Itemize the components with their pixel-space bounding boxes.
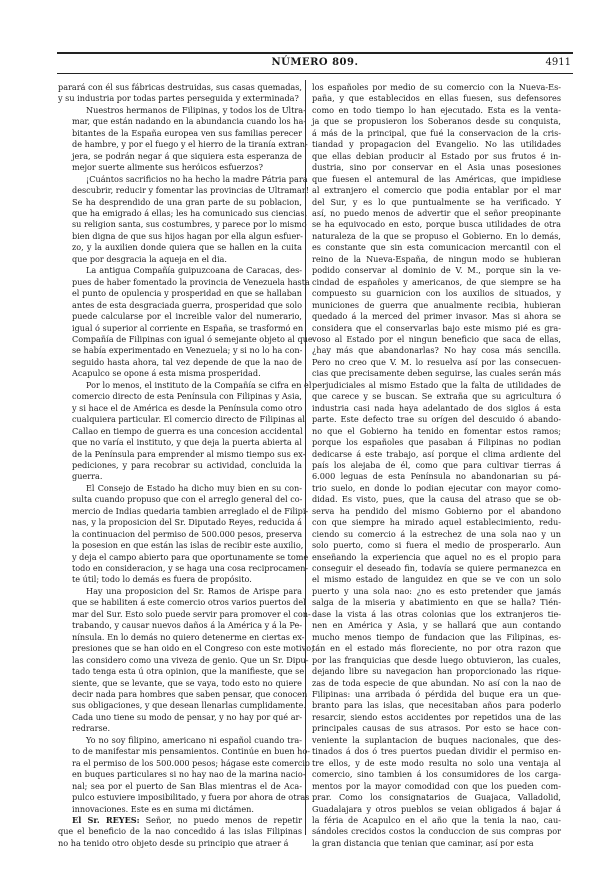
text-line: didad. Es visto, pues, que la causa del … <box>312 494 561 505</box>
paragraph: Yo no soy filipino, americano ni español… <box>58 735 302 815</box>
text-line: y si hace el de América es desde la Pení… <box>58 403 302 414</box>
text-line: así, no puedo menos de advertir que el s… <box>312 208 561 219</box>
text-line: que carece y se buscan. Se extraña que s… <box>312 391 561 402</box>
text-line: pediciones, y para recobrar su actividad… <box>58 460 302 471</box>
text-line: pues de haber fomentado la provincia de … <box>58 277 302 288</box>
text-line: industria casi nada haya adelantado de d… <box>312 403 561 414</box>
text-line: resarcir, siendo estos accidentes por re… <box>312 712 561 723</box>
text-line: cualquiera particular. El comercio direc… <box>58 414 302 425</box>
text-line: nen en América y Asia, y se hallará que … <box>312 620 561 631</box>
text-line: Filipinas: una arribada ó pérdida del bu… <box>312 689 561 700</box>
text-line: Compañía de Filipinas con igual ó semeja… <box>58 334 302 345</box>
text-line: nal; sea por el puerto de San Blas mient… <box>58 781 302 792</box>
text-line: sus obligaciones, y que desean llenarlas… <box>58 700 302 711</box>
text-line: La antigua Compañía guipuzcoana de Carac… <box>58 265 302 276</box>
paragraph: parará con él sus fábricas destruidas, s… <box>58 82 302 105</box>
text-line: tán en el estado más floreciente, no por… <box>312 643 561 654</box>
text-line: la posesion en que están las islas de re… <box>58 540 302 551</box>
text-line: nas, y la proposicion del Sr. Diputado R… <box>58 517 302 528</box>
text-line: descubrir, reducir y fomentar las provin… <box>58 185 302 196</box>
text-line: Cada uno tiene su modo de pensar, y no h… <box>58 712 302 723</box>
speaker-name: El Sr. REYES: <box>72 815 140 825</box>
text-line: bitantes de la España europea ven sus fa… <box>58 128 302 139</box>
text-line: nínsula. En lo demás no quiero detenerme… <box>58 632 302 643</box>
text-line: todo en consideracion, y se haga una cos… <box>58 563 302 574</box>
speech-paragraph: El Sr. REYES: Señor, no puedo menos de r… <box>58 815 302 849</box>
text-line: seguido hasta ahora, tal vez depende de … <box>58 357 302 368</box>
page-header: NÚMERO 809. 4911 <box>57 55 573 72</box>
header-bottom-rule <box>57 73 573 74</box>
text-line: en buques particulares si no hay nao de … <box>58 769 302 780</box>
text-line: puerto y una sola nao: ¿no es esto prete… <box>312 586 561 597</box>
left-column: parará con él sus fábricas destruidas, s… <box>58 82 302 849</box>
text-line: salga de la miseria y abatimiento en que… <box>312 597 561 608</box>
text-line: con que siempre ha mirado aquel establec… <box>312 517 561 528</box>
text-line: del Sur, y es lo que puntualmente se ha … <box>312 197 561 208</box>
text-line: mar, que están nadando en la abundancia … <box>58 116 302 127</box>
text-line: presiones que se han oido en el Congreso… <box>58 643 302 654</box>
text-line: Yo no soy filipino, americano ni español… <box>58 735 302 746</box>
text-line: veniente la suplantacion de buques nacio… <box>312 735 561 746</box>
text-line: la féria de Acapulco en el año que la te… <box>312 815 561 826</box>
text-line: y su industria por todas partes persegui… <box>58 93 302 104</box>
text-line: perjudiciales al mismo Estado que la fal… <box>312 380 561 391</box>
page-number: 4911 <box>546 57 571 68</box>
text-line: antes de esta desgraciada guerra, prospe… <box>58 300 302 311</box>
text-line: conseguir el deseado fin, todavía se qui… <box>312 563 561 574</box>
text-line: que no varía el instituto, y que deja la… <box>58 437 302 448</box>
text-line: igual ó superior al corriente en España,… <box>58 323 302 334</box>
text-line: ¡Cuántos sacrificios no ha hecho la madr… <box>58 174 302 185</box>
text-line: ciendo su comercio á la estrechez de una… <box>312 529 561 540</box>
text-line: tiandad y propagacion del Evangelio. No … <box>312 139 561 150</box>
text-line: á más de la principal, que fué la conser… <box>312 128 561 139</box>
text-line: Se ha desprendido de una gran parte de s… <box>58 197 302 208</box>
text-line: los españoles por medio de su comercio c… <box>312 82 561 93</box>
text-line: el punto de opulencia y prosperidad en q… <box>58 288 302 299</box>
text-line: al extranjero el comercio que podia enta… <box>312 185 561 196</box>
paragraph: Nuestros hermanos de Filipinas, y todos … <box>58 105 302 174</box>
text-line: ¿hay más que abandonarlas? No hay cosa m… <box>312 345 561 356</box>
text-line: se había experimentado en Venezuela; y s… <box>58 345 302 356</box>
text-line: mercio de Indias quedaria tambien arregl… <box>58 506 302 517</box>
text-line: naturaleza de la que se propuso el Gobie… <box>312 231 561 242</box>
text-line: enseñando la experiencia que aquel no es… <box>312 552 561 563</box>
text-line: el mismo estado de languidez en que se v… <box>312 574 561 585</box>
text-line: serva ha pendido del mismo Gobierno por … <box>312 506 561 517</box>
text-line: dase la vista á las otras colonias que l… <box>312 609 561 620</box>
text-line: paña, y que establecidos en ellas fuesen… <box>312 93 561 104</box>
text-line: cias que precisamente deben seguirse, la… <box>312 368 561 379</box>
text-line: las considero como una viveza de genio. … <box>58 655 302 666</box>
text-line: El Sr. REYES: Señor, no puedo menos de r… <box>58 815 302 826</box>
text-line: dustria, sino por conservar en el Asia u… <box>312 162 561 173</box>
text-line: su religion santa, sus costumbres, y par… <box>58 219 302 230</box>
text-line: que el beneficio de la nao concedido á l… <box>58 826 302 837</box>
text-line: guerra. <box>58 471 302 482</box>
text-line: to de manifestar mis pensamientos. Conti… <box>58 746 302 757</box>
text-line: bien digna de que sus hijos hagan por el… <box>58 231 302 242</box>
text-line: prar. Como los consignatarios de Guajaca… <box>312 792 561 803</box>
text-line: parte. Este defecto trae su orígen del d… <box>312 414 561 425</box>
text-line: ra el permiso de los 500.000 pesos; hága… <box>58 758 302 769</box>
text-line: mucho menos tiempo de fundacion que las … <box>312 632 561 643</box>
text-line: municiones de guerra que anualmente reci… <box>312 300 561 311</box>
text-line: la continuacion del permiso de 500.000 p… <box>58 529 302 540</box>
text-line: siente, que se levante, que se vaya, tod… <box>58 678 302 689</box>
text-line: comercio directo de esta Península con F… <box>58 391 302 402</box>
text-line: de la Península para emprender al mismo … <box>58 449 302 460</box>
text-line: parará con él sus fábricas destruidas, s… <box>58 82 302 93</box>
text-line: que por desgracia la aqueja en el dia. <box>58 254 302 265</box>
text-line: 6.000 leguas de esta Península no abando… <box>312 471 561 482</box>
text-line: voso al Estado por el ningun beneficio q… <box>312 334 561 345</box>
text-line: zo, y la auxilien donde quiera que se ha… <box>58 242 302 253</box>
paragraph: La antigua Compañía guipuzcoana de Carac… <box>58 265 302 380</box>
text-line: podido conservar al dominio de V. M., po… <box>312 265 561 276</box>
text-line: es constante que sin esta comunicacion m… <box>312 242 561 253</box>
text-line: jera, se podrán negar á que siquiera est… <box>58 151 302 162</box>
text-line: como en todo tiempo lo han ejecutado. Es… <box>312 105 561 116</box>
text-line: Callao en tiempo de guerra es una conces… <box>58 426 302 437</box>
text-line: trio suelo, en donde lo podian ejecutar … <box>312 483 561 494</box>
text-line: mejor suerte alimente sus heróicos esfue… <box>58 162 302 173</box>
text-line: redrarse. <box>58 723 302 734</box>
text-line: que fuesen el antemural de las Américas,… <box>312 174 561 185</box>
text-line: país los alejaba de él, como que para cu… <box>312 460 561 471</box>
text-line: innovaciones. Este es en suma mi dictáme… <box>58 804 302 815</box>
text-line: mar del Sur. Esto solo puede servir para… <box>58 609 302 620</box>
speech-text: Señor, no puedo menos de repetir <box>146 815 302 825</box>
text-line: dejando libre su navegacion han proporci… <box>312 666 561 677</box>
text-line: decir nada para hombres que saben pensar… <box>58 689 302 700</box>
text-line: considera que el conservarlas bajo este … <box>312 323 561 334</box>
paragraph: los españoles por medio de su comercio c… <box>312 82 561 849</box>
text-line: compuesto su guarnicion con los auxilios… <box>312 288 561 299</box>
text-line: tado tenga esta ú otra opinion, que la m… <box>58 666 302 677</box>
text-line: tinados á dos ó tres puertos puedan divi… <box>312 746 561 757</box>
text-line: que se habiliten á este comercio otros v… <box>58 597 302 608</box>
text-line: Por lo menos, el instituto de la Compañí… <box>58 380 302 391</box>
text-line: cindad de españoles y americanos, de que… <box>312 277 561 288</box>
text-line: sándoles crecidos costos la conduccion d… <box>312 826 561 837</box>
text-line: que ellas debian producir al Estado por … <box>312 151 561 162</box>
paragraph: Hay una proposicion del Sr. Ramos de Ari… <box>58 586 302 735</box>
right-column: los españoles por medio de su comercio c… <box>312 82 561 849</box>
text-line: Acapulco se opone á esta misma prosperid… <box>58 368 302 379</box>
text-line: que ha emigrado á ellas; les ha comunica… <box>58 208 302 219</box>
text-line: te útil; todo lo demás es fuera de propó… <box>58 574 302 585</box>
column-divider <box>305 80 306 835</box>
text-line: zas de toda especie de que abundan. No a… <box>312 678 561 689</box>
issue-number-title: NÚMERO 809. <box>57 57 573 68</box>
text-line: principales causas de sus atrasos. Por e… <box>312 723 561 734</box>
text-line: puede calcularse por el increible valor … <box>58 311 302 322</box>
text-line: pulco estuviere imposibilitado, y fuera … <box>58 792 302 803</box>
text-line: no que el Gobierno ha tenido en fomentar… <box>312 426 561 437</box>
text-line: Guadalajara y otros pueblos se veian obl… <box>312 804 561 815</box>
text-line: se ha equivocado en esto, porque busca u… <box>312 219 561 230</box>
text-line: quedado á la merced del primer invasor. … <box>312 311 561 322</box>
text-line: reino de la Nueva-España, de ningun modo… <box>312 254 561 265</box>
text-line: tre ellos, y de este modo resulta no sol… <box>312 758 561 769</box>
text-line: dedicarse á este trabajo, así porque el … <box>312 449 561 460</box>
text-line: Pero no creo que V. M. lo resuelva así p… <box>312 357 561 368</box>
text-line: sulta cuando propuso que con el arreglo … <box>58 494 302 505</box>
text-line: solo puerto, como si fuera el medio de p… <box>312 540 561 551</box>
document-page: NÚMERO 809. 4911 parará con él sus fábri… <box>0 0 600 884</box>
text-line: porque los españoles que pasaban á Filip… <box>312 437 561 448</box>
text-line: El Consejo de Estado ha dicho muy bien e… <box>58 483 302 494</box>
text-line: la gran distancia que tenian que caminar… <box>312 838 561 849</box>
text-line: comercio, sino tambien á los consumidore… <box>312 769 561 780</box>
text-line: de hambre, y por el fuego y el hierro de… <box>58 139 302 150</box>
text-line: y deja el campo abierto para que oportun… <box>58 552 302 563</box>
text-line: por las franquicias que desde luego obtu… <box>312 655 561 666</box>
text-line: no ha tenido otro objeto desde su princi… <box>58 838 302 849</box>
header-top-rule <box>57 52 573 54</box>
text-line: Hay una proposicion del Sr. Ramos de Ari… <box>58 586 302 597</box>
text-line: trabando, y causar nuevos daños á la Amé… <box>58 620 302 631</box>
paragraph: Por lo menos, el instituto de la Compañí… <box>58 380 302 483</box>
text-line: mentos por la mayor comodidad con que lo… <box>312 781 561 792</box>
paragraph: ¡Cuántos sacrificios no ha hecho la madr… <box>58 174 302 266</box>
paragraph: El Consejo de Estado ha dicho muy bien e… <box>58 483 302 586</box>
text-line: Nuestros hermanos de Filipinas, y todos … <box>58 105 302 116</box>
text-line: ja que se propusieron los Soberanos desd… <box>312 116 561 127</box>
text-line: branto para las islas, que necesitaban a… <box>312 700 561 711</box>
